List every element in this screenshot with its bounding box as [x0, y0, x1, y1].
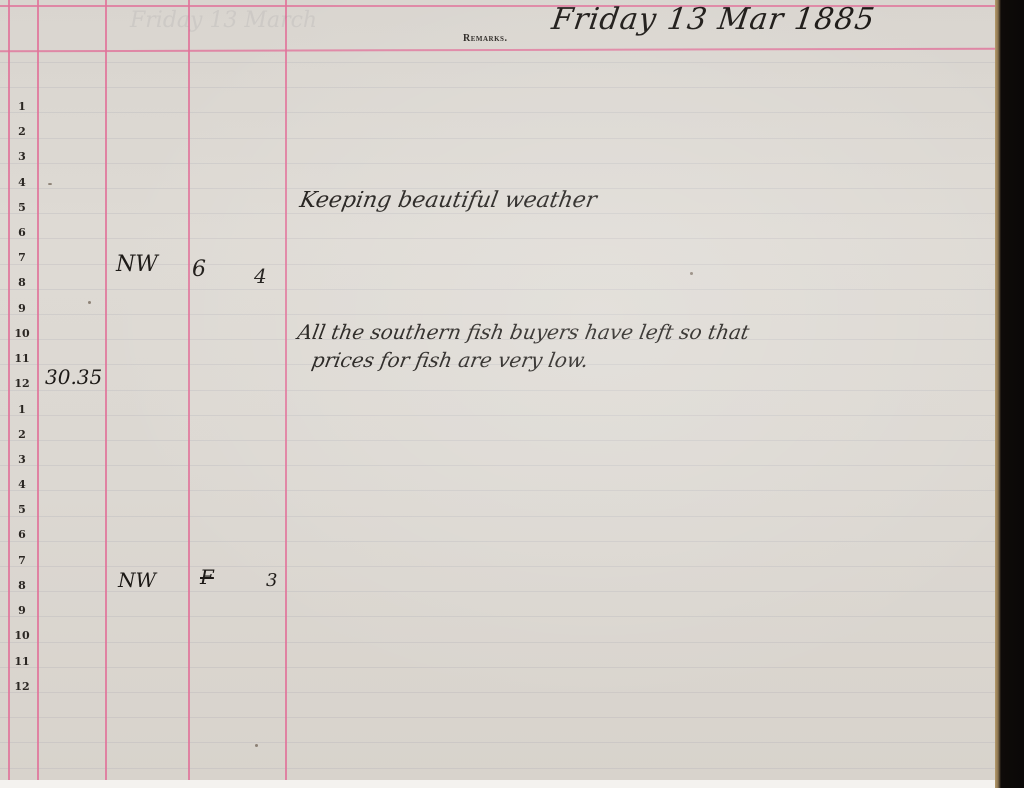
ruled-line — [0, 642, 995, 643]
date-entry: Friday 13 Mar 1885 — [550, 2, 878, 37]
hour-label: 6 — [8, 226, 36, 239]
hour-label: 7 — [8, 554, 36, 567]
hour-label: 1 — [8, 100, 36, 113]
remark-line: prices for fish are very low. — [310, 348, 590, 372]
paper-speck — [48, 183, 52, 185]
hour-label: 1 — [8, 403, 36, 416]
ruled-line — [0, 62, 995, 63]
hour-label: 12 — [8, 680, 36, 693]
wind-extra-morning: 4 — [254, 264, 267, 288]
hour-label: 5 — [8, 503, 36, 516]
ruled-line — [0, 314, 995, 315]
hour-label: 9 — [8, 302, 36, 315]
ruled-line — [0, 516, 995, 517]
remarks-column-header: Remarks. — [463, 33, 507, 44]
remark-line: Keeping beautiful weather — [298, 188, 599, 213]
hour-label: 4 — [8, 478, 36, 491]
ruled-line — [0, 112, 995, 113]
ruled-line — [0, 465, 995, 466]
hour-label: 8 — [8, 579, 36, 592]
hour-label: 5 — [8, 201, 36, 214]
wind-direction-morning: NW — [116, 252, 158, 277]
hour-label: 3 — [8, 150, 36, 163]
scan-edge — [0, 780, 995, 788]
ruled-line — [0, 87, 995, 88]
hour-label: 4 — [8, 176, 36, 189]
show-through-text: Friday 13 March — [130, 8, 317, 33]
paper-speck — [255, 744, 258, 747]
ruled-line — [0, 390, 995, 391]
ruled-line — [0, 415, 995, 416]
ruled-line — [0, 541, 995, 542]
hour-label: 10 — [8, 327, 36, 340]
ruled-line — [0, 238, 995, 239]
hour-label: 6 — [8, 528, 36, 541]
paper-speck — [690, 272, 693, 275]
ruled-line — [0, 490, 995, 491]
hour-label: 11 — [8, 655, 36, 668]
remarks-column-rule — [285, 0, 287, 788]
ruled-line — [0, 289, 995, 290]
ruled-line — [0, 692, 995, 693]
ruled-line — [0, 742, 995, 743]
hour-label: 3 — [8, 453, 36, 466]
paper-speck — [88, 301, 91, 304]
hour-label: 12 — [8, 377, 36, 390]
hour-label: 7 — [8, 251, 36, 264]
ruled-line — [0, 667, 995, 668]
ruled-line — [0, 566, 995, 567]
barometer-column-rule — [105, 0, 107, 788]
ruled-line — [0, 717, 995, 718]
wind-force-morning: 6 — [192, 257, 206, 282]
hour-label: 2 — [8, 125, 36, 138]
logbook-page: Friday 13 March Remarks. Friday 13 Mar 1… — [0, 0, 995, 788]
ruled-line — [0, 768, 995, 769]
hour-label: 9 — [8, 604, 36, 617]
hour-column-rule — [37, 0, 39, 788]
hour-label: 11 — [8, 352, 36, 365]
wind-force-evening: F — [200, 565, 214, 589]
book-binding — [995, 0, 1024, 788]
ruled-line — [0, 138, 995, 139]
header-bottom-rule — [0, 48, 995, 52]
ruled-line — [0, 616, 995, 617]
hour-label: 10 — [8, 629, 36, 642]
remark-line: All the southern fish buyers have left s… — [296, 320, 751, 344]
margin-rule — [8, 0, 10, 788]
hour-label: 8 — [8, 276, 36, 289]
hour-label: 2 — [8, 428, 36, 441]
wind-column-rule — [188, 0, 190, 788]
barometer-reading: 30.35 — [45, 365, 102, 389]
ruled-line — [0, 440, 995, 441]
wind-extra-evening: 3 — [266, 570, 277, 591]
show-through-text — [700, 225, 707, 250]
ruled-line — [0, 213, 995, 214]
ruled-line — [0, 163, 995, 164]
wind-direction-evening: NW — [118, 568, 156, 592]
